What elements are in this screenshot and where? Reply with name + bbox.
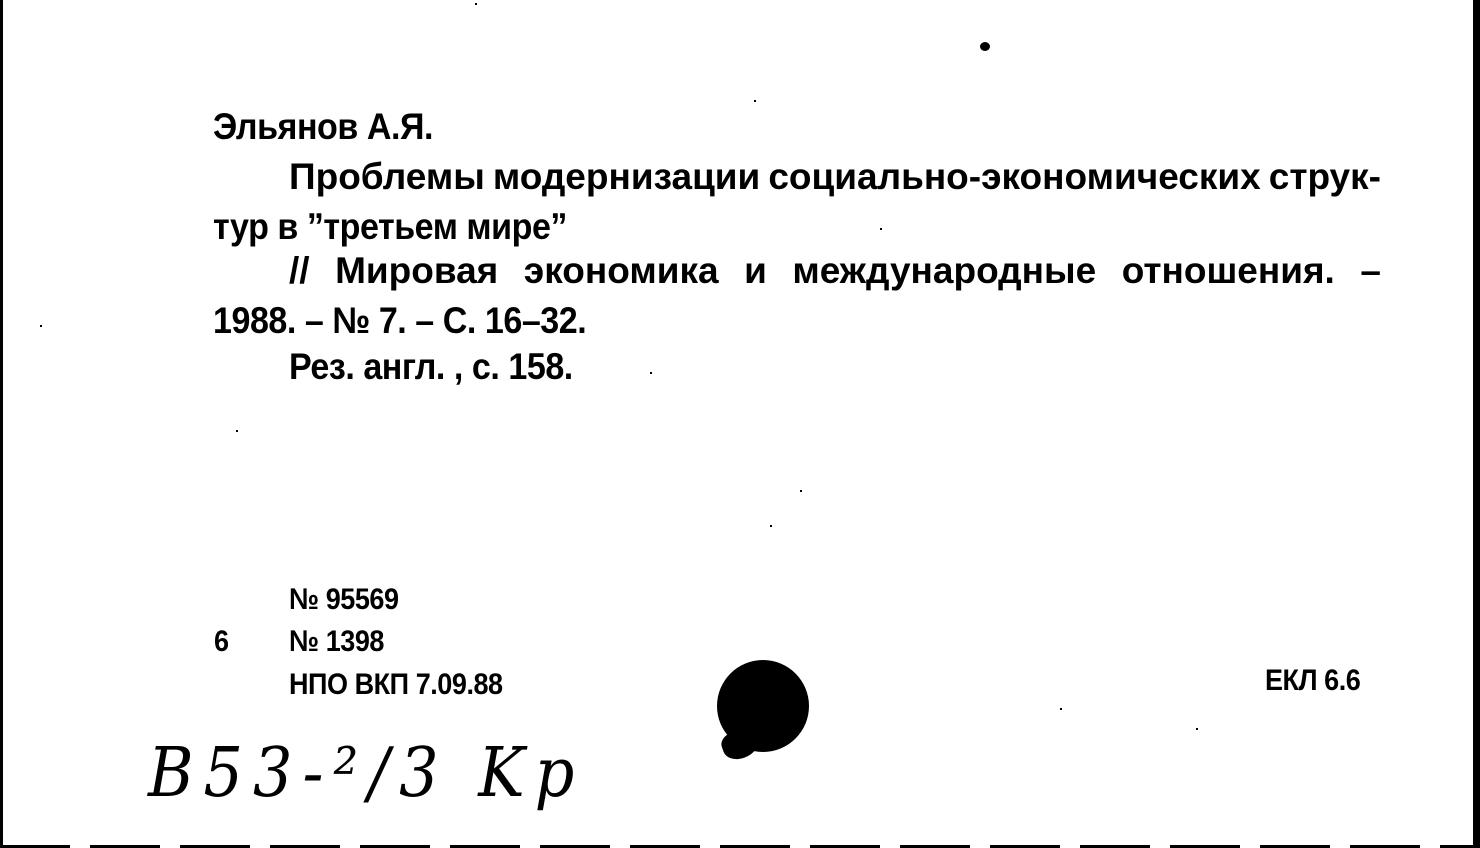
- scan-speck: [880, 228, 882, 230]
- scan-speck: [754, 100, 756, 102]
- accession-number: № 95569: [289, 583, 399, 617]
- scan-speck: [1196, 728, 1198, 730]
- scan-speck: [40, 325, 42, 327]
- issue-number: № 1398: [289, 625, 384, 659]
- title-word: социально-экономических: [768, 156, 1260, 198]
- title-line-2: тур в ”третьем мире”: [213, 206, 567, 248]
- scan-speck: [770, 525, 772, 527]
- scan-speck: [1060, 708, 1062, 710]
- publisher-date: НПО ВКП 7.09.88: [289, 668, 503, 702]
- source-word: отношения.: [1122, 250, 1335, 292]
- source-word: Мировая: [335, 250, 498, 292]
- handwritten-shelfmark: B53-²/3 Kp: [148, 732, 584, 812]
- scan-speck: [236, 430, 238, 432]
- source-word: –: [1360, 250, 1381, 292]
- author-name: Эльянов А.Я.: [213, 106, 433, 148]
- scan-speck: [475, 3, 477, 5]
- scan-speck: [800, 490, 802, 492]
- source-word: //: [289, 250, 310, 292]
- catalog-card: Эльянов А.Я. Проблемы модернизации социа…: [0, 0, 1480, 848]
- summary-note: Рез. англ. , с. 158.: [289, 346, 573, 388]
- source-word: и: [744, 250, 767, 292]
- scan-speck: [650, 372, 652, 374]
- source-line-2: 1988. – № 7. – С. 16–32.: [213, 300, 586, 342]
- classification-code: ЕКЛ 6.6: [1265, 664, 1360, 698]
- title-word: модернизации: [493, 156, 760, 198]
- source-line-1: // Мировая экономика и международные отн…: [289, 250, 1381, 292]
- source-word: экономика: [524, 250, 719, 292]
- title-word: струк-: [1269, 156, 1381, 198]
- card-right-edge: [1473, 0, 1480, 848]
- title-word: Проблемы: [289, 156, 485, 198]
- source-word: международные: [792, 250, 1096, 292]
- ink-dot: [980, 42, 990, 51]
- card-left-edge: [0, 0, 3, 848]
- side-number: 6: [214, 625, 229, 659]
- title-line-1: Проблемы модернизации социально-экономич…: [289, 156, 1381, 198]
